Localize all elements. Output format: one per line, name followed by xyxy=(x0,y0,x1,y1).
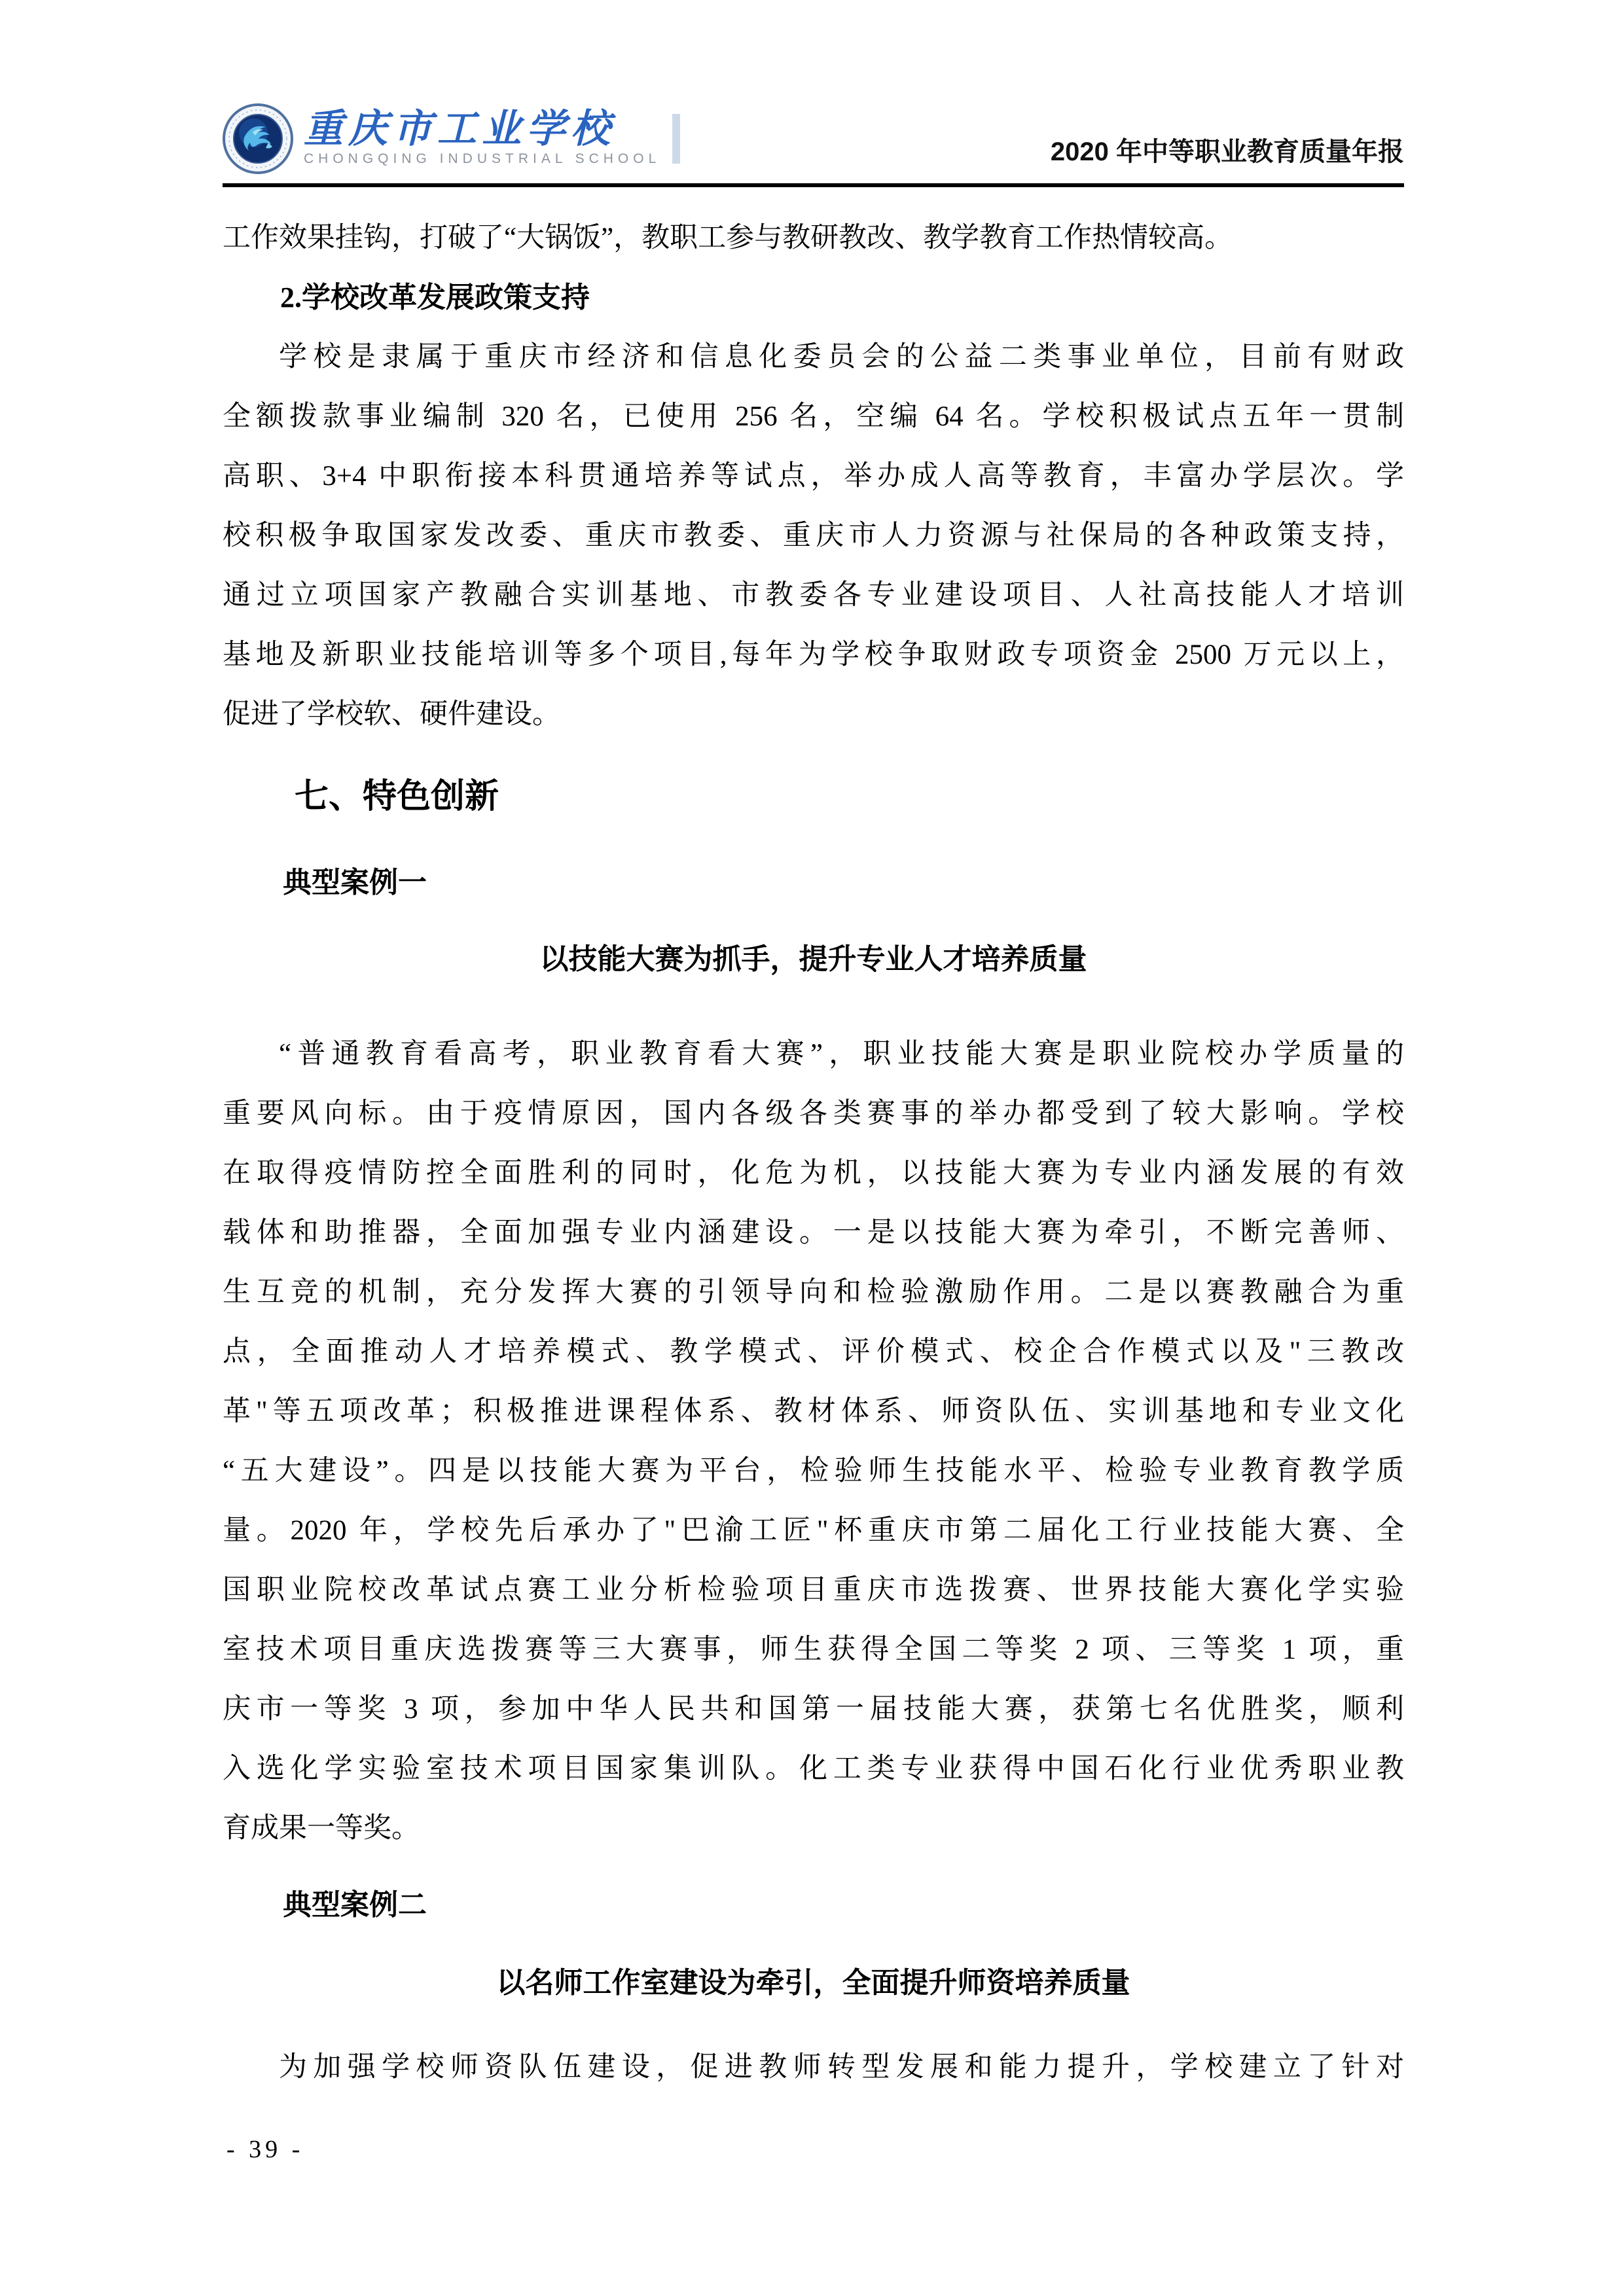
header-rule xyxy=(223,183,1404,187)
text-line: 为加强学校师资队伍建设，促进教师转型发展和能力提升，学校建立了针对 xyxy=(223,2037,1404,2097)
text-line: “普通教育看高考，职业教育看大赛”，职业技能大赛是职业院校办学质量的 xyxy=(223,1024,1404,1084)
text-line: 通过立项国家产教融合实训基地、市教委各专业建设项目、人社高技能人才培训 xyxy=(223,565,1404,625)
school-name-zh: 重庆市工业学校 xyxy=(304,109,660,149)
text-line: 在取得疫情防控全面胜利的同时，化危为机，以技能大赛为专业内涵发展的有效 xyxy=(223,1143,1404,1203)
case2-title: 以名师工作室建设为牵引，全面提升师资培养质量 xyxy=(223,1953,1404,2013)
paragraph-policy-support: 学校是隶属于重庆市经济和信息化委员会的公益二类事业单位，目前有财政全额拨款事业编… xyxy=(223,327,1404,744)
text-line: 庆市一等奖 3 项，参加中华人民共和国第一届技能大赛，获第七名优胜奖，顺利 xyxy=(223,1679,1404,1739)
school-name-block: 重庆市工业学校 CHONGQING INDUSTRIAL SCHOOL xyxy=(304,109,660,169)
case2-label: 典型案例二 xyxy=(223,1875,1404,1935)
text-line: 国职业院校改革试点赛工业分析检验项目重庆市选拨赛、世界技能大赛化学实验 xyxy=(223,1560,1404,1620)
text-line: 校积极争取国家发改委、重庆市教委、重庆市人力资源与社保局的各种政策支持， xyxy=(223,506,1404,565)
paragraph-case1: “普通教育看高考，职业教育看大赛”，职业技能大赛是职业院校办学质量的重要风向标。… xyxy=(223,1024,1404,1858)
case1-title: 以技能大赛为抓手，提升专业人才培养质量 xyxy=(223,929,1404,989)
report-title: 2020 年中等职业教育质量年报 xyxy=(1051,134,1404,174)
school-logo: 重庆市工业学校 CHONGQING INDUSTRIAL SCHOOL xyxy=(223,103,680,174)
text-line: 学校是隶属于重庆市经济和信息化委员会的公益二类事业单位，目前有财政 xyxy=(223,327,1404,387)
text-line: 全额拨款事业编制 320 名，已使用 256 名，空编 64 名。学校积极试点五… xyxy=(223,387,1404,446)
paragraph-case2: 为加强学校师资队伍建设，促进教师转型发展和能力提升，学校建立了针对 xyxy=(223,2037,1404,2097)
text-line: 工作效果挂钩，打破了“大锅饭”，教职工参与教研教改、教学教育工作热情较高。 xyxy=(223,208,1404,268)
document-body: 工作效果挂钩，打破了“大锅饭”，教职工参与教研教改、教学教育工作热情较高。 2.… xyxy=(223,208,1404,2097)
school-emblem-icon xyxy=(223,103,293,174)
text-line: 生互竞的机制，充分发挥大赛的引领导向和检验激励作用。二是以赛教融合为重 xyxy=(223,1263,1404,1322)
text-line: 高职、3+4 中职衔接本科贯通培养等试点，举办成人高等教育，丰富办学层次。学 xyxy=(223,446,1404,506)
section-heading-innovation: 七、特色创新 xyxy=(223,773,1404,820)
text-line: 入选化学实验室技术项目国家集训队。化工类专业获得中国石化行业优秀职业教 xyxy=(223,1739,1404,1799)
page-number: - 39 - xyxy=(226,2135,304,2164)
case1-label: 典型案例一 xyxy=(223,853,1404,912)
text-line: 革"等五项改革；积极推进课程体系、教材体系、师资队伍、实训基地和专业文化 xyxy=(223,1382,1404,1441)
text-line: 促进了学校软、硬件建设。 xyxy=(223,685,1404,744)
paragraph-continued: 工作效果挂钩，打破了“大锅饭”，教职工参与教研教改、教学教育工作热情较高。 xyxy=(223,208,1404,268)
page-header: 重庆市工业学校 CHONGQING INDUSTRIAL SCHOOL 2020… xyxy=(223,103,1404,174)
text-line: 量。2020 年，学校先后承办了"巴渝工匠"杯重庆市第二届化工行业技能大赛、全 xyxy=(223,1501,1404,1560)
school-name-en: CHONGQING INDUSTRIAL SCHOOL xyxy=(304,149,660,169)
text-line: 室技术项目重庆选拨赛等三大赛事，师生获得全国二等奖 2 项、三等奖 1 项，重 xyxy=(223,1620,1404,1679)
text-line: 重要风向标。由于疫情原因，国内各级各类赛事的举办都受到了较大影响。学校 xyxy=(223,1084,1404,1143)
text-line: 载体和助推器，全面加强专业内涵建设。一是以技能大赛为牵引，不断完善师、 xyxy=(223,1203,1404,1263)
text-line: “五大建设”。四是以技能大赛为平台，检验师生技能水平、检验专业教育教学质 xyxy=(223,1441,1404,1501)
text-line: 基地及新职业技能培训等多个项目,每年为学校争取财政专项资金 2500 万元以上， xyxy=(223,625,1404,685)
text-line: 育成果一等奖。 xyxy=(223,1799,1404,1858)
document-page: 重庆市工业学校 CHONGQING INDUSTRIAL SCHOOL 2020… xyxy=(0,0,1624,2296)
text-line: 点，全面推动人才培养模式、教学模式、评价模式、校企合作模式以及"三教改 xyxy=(223,1322,1404,1382)
logo-divider-bar xyxy=(672,114,680,164)
heading-policy-support: 2.学校改革发展政策支持 xyxy=(223,268,1404,327)
